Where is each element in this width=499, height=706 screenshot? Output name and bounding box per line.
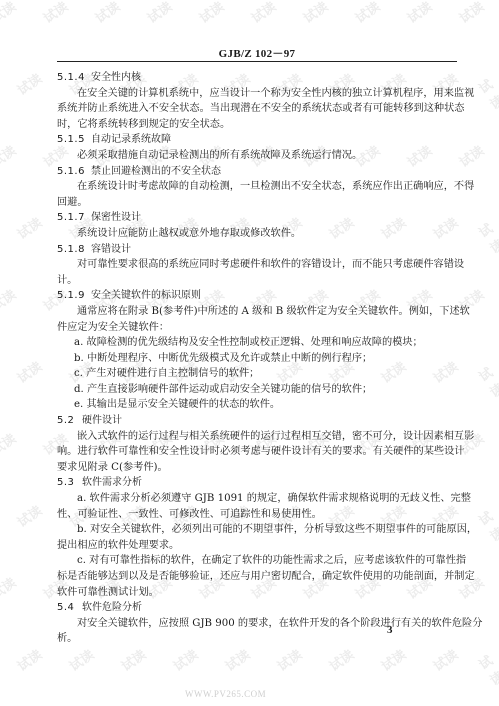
paragraph-line: 系统并防止系统进入不安全状态。当出现潜在不安全的系统状态或者有可能转移到这种状态 bbox=[57, 101, 457, 117]
list-item: e. 其输出是显示安全关键硬件的状态的软件。 bbox=[57, 397, 457, 413]
paragraph-line: 对安全关键软件，应按照 GJB 900 的要求，在软件开发的各个阶段进行有关的软… bbox=[57, 616, 457, 632]
watermark-text: 试读 bbox=[91, 0, 123, 27]
paragraph-line: 计。 bbox=[57, 273, 457, 289]
watermark-text: 试读 bbox=[0, 284, 19, 314]
section-heading: 5.4软件危险分析 bbox=[57, 600, 457, 616]
paragraph-line: a. 软件需求分析必须遵守 GJB 1091 的规定，确保软件需求规格说明的无歧… bbox=[57, 491, 457, 507]
watermark-text: 试读 bbox=[195, 0, 227, 27]
paragraph-line: 时，它将系统转移到规定的安全状态。 bbox=[57, 117, 457, 133]
paragraph-line: 响。进行软件可靠性和安全性设计时必须考虑与硬件设计有关的要求。有关硬件的某些设计 bbox=[57, 444, 457, 460]
watermark-text: 试读 bbox=[474, 73, 499, 113]
paragraph-line: 在系统设计时考虑故障的自动检测，一旦检测出不安全状态，系统应作出正确响应，不得 bbox=[57, 179, 457, 195]
watermark-text: 试读 bbox=[13, 644, 45, 674]
watermark-text: 试读 bbox=[325, 644, 357, 674]
paragraph-line: 软件可靠性测试计划。 bbox=[57, 585, 457, 601]
paragraph-line: c. 对有可靠性指标的软件，在确定了软件的功能性需求之后，应考虑该软件的可靠性指 bbox=[57, 553, 457, 569]
section-title: 安全性内核 bbox=[91, 72, 141, 83]
section-title: 软件需求分析 bbox=[82, 477, 142, 488]
watermark-text: 试读 bbox=[13, 212, 45, 242]
section-number: 5.1.8 bbox=[57, 242, 91, 258]
section-number: 5.2 bbox=[57, 413, 82, 429]
watermark-text: 试读 bbox=[273, 644, 305, 674]
section-heading: 5.1.4安全性内核 bbox=[57, 70, 457, 86]
section-number: 5.4 bbox=[57, 600, 82, 616]
watermark-text: 试读 bbox=[0, 140, 19, 170]
section-title: 安全关键软件的标识原则 bbox=[91, 290, 201, 301]
section-title: 自动记录系统故障 bbox=[91, 134, 171, 145]
paragraph-line: 析。 bbox=[57, 631, 457, 647]
paragraph-line: 件应定为安全关键软件： bbox=[57, 320, 457, 336]
watermark-text: 试读 bbox=[0, 428, 19, 458]
watermark-text: 试读 bbox=[39, 0, 71, 27]
list-item: b. 中断处理程序、中断优先级模式及允许或禁止中断的例行程序； bbox=[57, 351, 457, 367]
section-heading: 5.1.7保密性设计 bbox=[57, 210, 457, 226]
section-heading: 5.3软件需求分析 bbox=[57, 475, 457, 491]
watermark-text: 试读 bbox=[143, 0, 175, 27]
section-number: 5.1.7 bbox=[57, 210, 91, 226]
list-item: a. 故障检测的优先级结构及安全性控制或校正逻辑、处理和响应故障的模块； bbox=[57, 335, 457, 351]
watermark-text: 试读 bbox=[0, 572, 19, 602]
watermark-text: 试读 bbox=[455, 0, 487, 27]
paragraph-line: 提出相应的软件处理要求。 bbox=[57, 538, 457, 554]
watermark-text: 试读 bbox=[13, 500, 45, 530]
header-rule bbox=[57, 61, 457, 62]
watermark-text: 试读 bbox=[13, 356, 45, 386]
section-title: 硬件设计 bbox=[82, 415, 122, 426]
page-number: 3 bbox=[387, 624, 393, 636]
document-code-header: GJB/Z 102－97 bbox=[57, 45, 457, 61]
watermark-text: 试读 bbox=[474, 649, 499, 689]
paragraph-line: 对可靠性要求很高的系统应同时考虑硬件和软件的容错设计，而不能只考虑硬件容错设 bbox=[57, 257, 457, 273]
watermark-text: 试读 bbox=[221, 644, 253, 674]
watermark-text: 试读 bbox=[474, 505, 499, 545]
watermark-text: 试读 bbox=[403, 0, 435, 27]
section-title: 保密性设计 bbox=[91, 212, 141, 223]
section-title: 容错设计 bbox=[91, 244, 131, 255]
section-number: 5.1.6 bbox=[57, 164, 91, 180]
watermark-text: 试读 bbox=[247, 0, 279, 27]
watermark-text: 试读 bbox=[474, 361, 499, 401]
section-number: 5.3 bbox=[57, 475, 82, 491]
paragraph-line: 标是否能够达到以及是否能够验证，还应与用户密切配合，确定软件使用的功能剖面，并制… bbox=[57, 569, 457, 585]
paragraph-line: 在安全关键的计算机系统中，应当设计一个称为安全性内核的独立计算机程序，用来监视 bbox=[57, 86, 457, 102]
watermark-text: 试读 bbox=[169, 644, 201, 674]
watermark-text: 试读 bbox=[377, 644, 409, 674]
watermark-text: 试读 bbox=[117, 644, 149, 674]
watermark-text: 试读 bbox=[13, 68, 45, 98]
site-watermark: WWW.PV265.COM bbox=[185, 689, 266, 699]
document-body: 5.1.4安全性内核在安全关键的计算机系统中，应当设计一个称为安全性内核的独立计… bbox=[57, 70, 457, 647]
watermark-text: 试读 bbox=[299, 0, 331, 27]
paragraph-line: 回避。 bbox=[57, 195, 457, 211]
watermark-text: 试读 bbox=[65, 644, 97, 674]
paragraph-line: 通常应将在附录 B(参考件)中所述的 A 级和 B 级软件定为安全关键软件。例如… bbox=[57, 304, 457, 320]
list-item: d. 产生直接影响硬件部件运动或启动安全关键功能的信号的软件； bbox=[57, 382, 457, 398]
paragraph-line: 要求见附录 C(参考件)。 bbox=[57, 460, 457, 476]
paragraph-line: 系统设计应能防止越权或意外地存取或修改软件。 bbox=[57, 226, 457, 242]
section-heading: 5.1.6禁止回避检测出的不安全状态 bbox=[57, 164, 457, 180]
list-item: c. 产生对硬件进行自主控制信号的软件； bbox=[57, 366, 457, 382]
section-heading: 5.1.8容错设计 bbox=[57, 242, 457, 258]
paragraph-line: b. 对安全关键软件，必须列出可能的不期望事件，分析导致这些不期望事件的可能原因… bbox=[57, 522, 457, 538]
watermark-text: 试读 bbox=[0, 0, 19, 27]
section-heading: 5.1.9安全关键软件的标识原则 bbox=[57, 288, 457, 304]
section-title: 软件危险分析 bbox=[82, 602, 142, 613]
section-title: 禁止回避检测出的不安全状态 bbox=[91, 166, 221, 177]
paragraph-line: 必须采取措施自动记录检测出的所有系统故障及系统运行情况。 bbox=[57, 148, 457, 164]
section-heading: 5.1.5自动记录系统故障 bbox=[57, 132, 457, 148]
watermark-text: 试读 bbox=[474, 217, 499, 257]
watermark-text: 试读 bbox=[455, 140, 487, 170]
watermark-text: 试读 bbox=[429, 644, 461, 674]
section-number: 5.1.5 bbox=[57, 132, 91, 148]
paragraph-line: 性、可验证性、一致性、可修改性、可追踪性和易使用性。 bbox=[57, 507, 457, 523]
paragraph-line: 嵌入式软件的运行过程与相关系统硬件的运行过程相互交错，密不可分，设计因素相互影 bbox=[57, 429, 457, 445]
section-heading: 5.2硬件设计 bbox=[57, 413, 457, 429]
section-number: 5.1.9 bbox=[57, 288, 91, 304]
watermark-text: 试读 bbox=[351, 0, 383, 27]
section-number: 5.1.4 bbox=[57, 70, 91, 86]
